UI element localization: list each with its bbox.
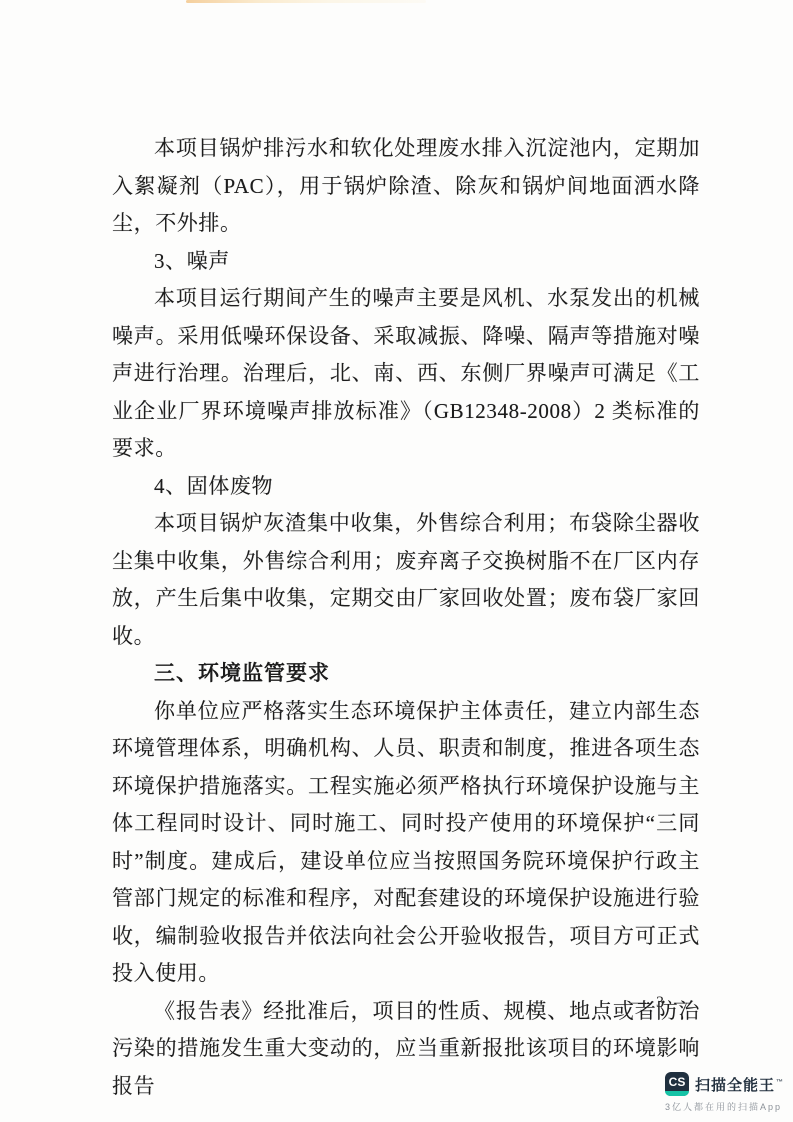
paragraph-report-approval: 《报告表》经批准后，项目的性质、规模、地点或者防治污染的措施发生重大变动的，应当… — [112, 993, 700, 1106]
section-heading-supervision: 三、环境监管要求 — [112, 655, 700, 693]
camscanner-watermark: CS 扫描全能王™ 3亿人都在用的扫描App — [665, 1072, 777, 1113]
trademark-mark: ™ — [776, 1079, 784, 1086]
watermark-tagline: 3亿人都在用的扫描App — [665, 1100, 777, 1113]
document-body: 本项目锅炉排污水和软化处理废水排入沉淀池内，定期加入絮凝剂（PAC），用于锅炉除… — [112, 130, 700, 1105]
paragraph-supervision: 你单位应严格落实生态环境保护主体责任，建立内部生态环境管理体系，明确机构、人员、… — [112, 693, 700, 993]
camscanner-logo-accent-strip — [665, 1091, 689, 1096]
page-number: — 3 — — [630, 994, 693, 1012]
scanned-document-page: 本项目锅炉排污水和软化处理废水排入沉淀池内，定期加入絮凝剂（PAC），用于锅炉除… — [0, 0, 793, 1122]
watermark-brand-name: 扫描全能王™ — [695, 1074, 784, 1095]
brand-text: 扫描全能王 — [695, 1077, 775, 1094]
paragraph-boiler-wastewater: 本项目锅炉排污水和软化处理废水排入沉淀池内，定期加入絮凝剂（PAC），用于锅炉除… — [112, 130, 700, 243]
camscanner-logo-icon: CS — [665, 1072, 689, 1096]
scan-artifact — [186, 0, 426, 3]
paragraph-solid-waste: 本项目锅炉灰渣集中收集，外售综合利用；布袋除尘器收尘集中收集，外售综合利用；废弃… — [112, 505, 700, 655]
list-item-solid-waste-heading: 4、固体废物 — [112, 468, 700, 506]
camscanner-logo-letters: CS — [669, 1076, 686, 1088]
watermark-brand-row: CS 扫描全能王™ — [665, 1072, 777, 1096]
list-item-noise-heading: 3、噪声 — [112, 243, 700, 281]
paragraph-noise: 本项目运行期间产生的噪声主要是风机、水泵发出的机械噪声。采用低噪环保设备、采取减… — [112, 280, 700, 468]
